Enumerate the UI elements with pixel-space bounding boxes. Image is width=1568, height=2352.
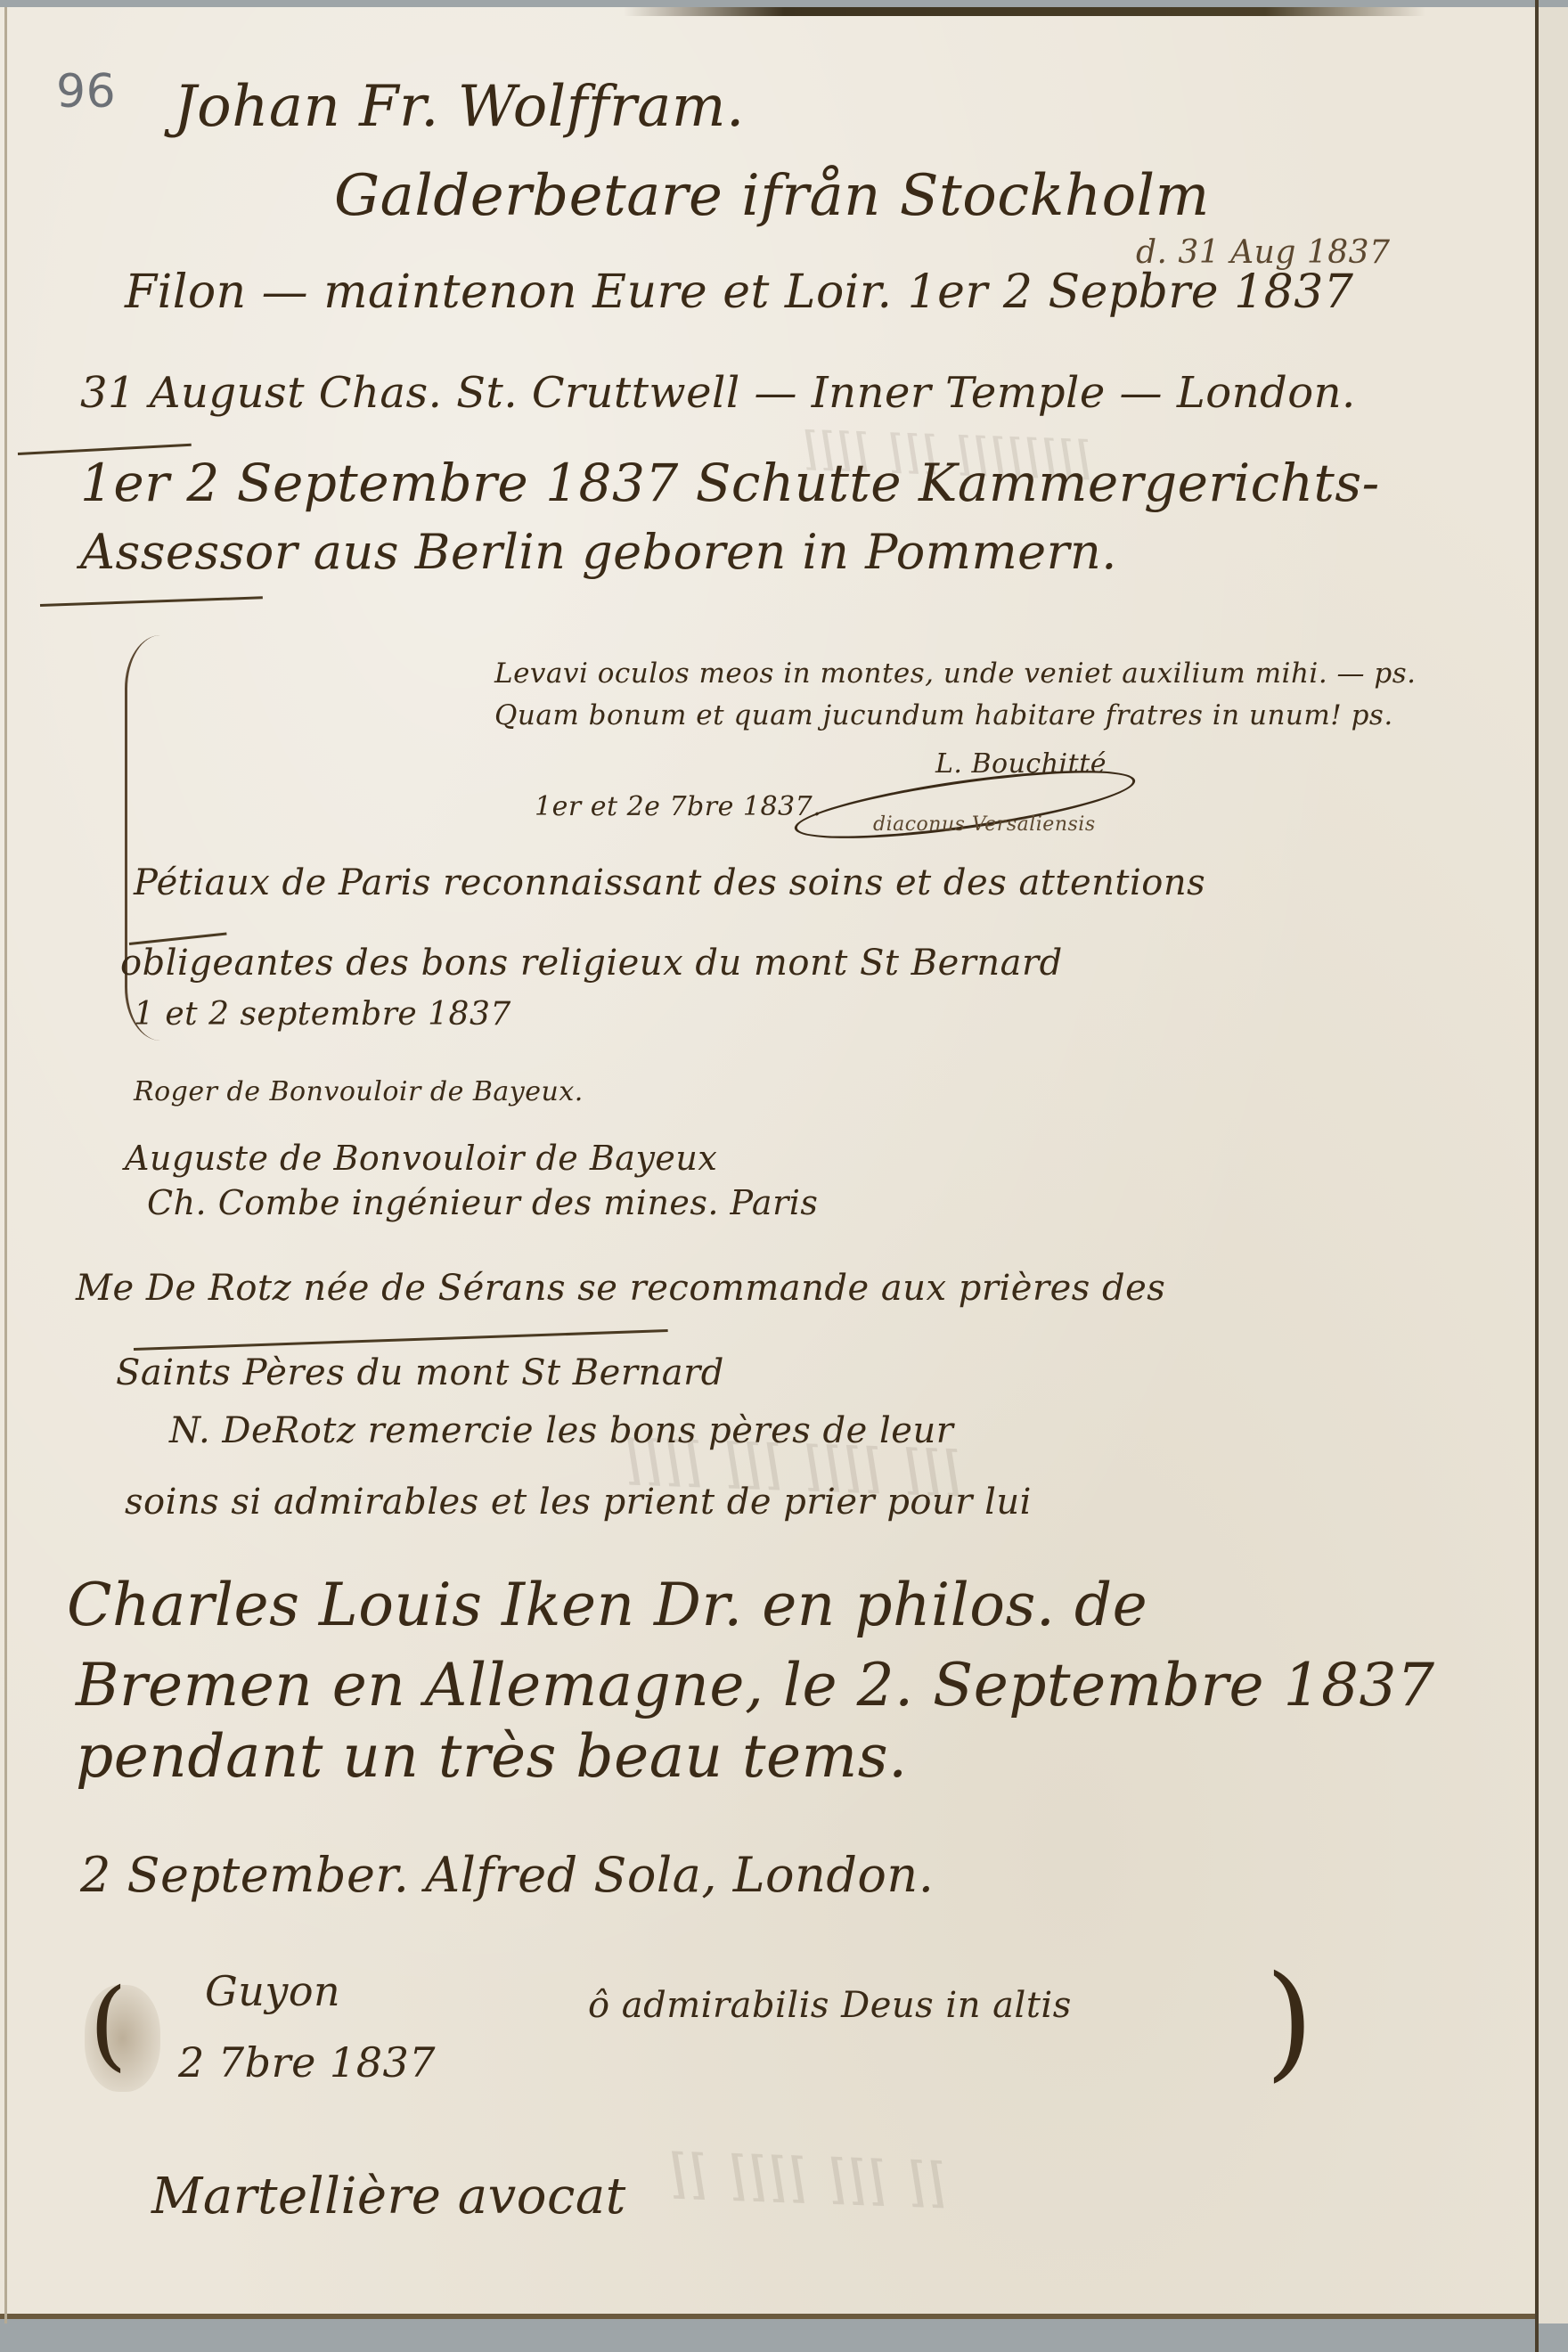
adjacent-page-edge [1539,7,1568,2323]
close-parenthesis: ) [1265,1949,1314,2095]
bleed-through-text: ll lll llll ll [667,2141,949,2224]
entry-line: N. DeRotz remercie les bons pères de leu… [169,1410,953,1451]
signature-title: diaconus Versaliensis [873,813,1096,836]
entry-line: Filon — maintenon Eure et Loir. 1er 2 Se… [125,265,1353,319]
entry-line: ô admirabilis Deus in altis [588,1985,1072,2026]
entry-line: Martellière avocat [151,2168,626,2225]
entry-line: Levavi oculos meos in montes, unde venie… [494,657,1417,690]
entry-line: Pétiaux de Paris reconnaissant des soins… [134,862,1205,903]
entry-line: Roger de Bonvouloir de Bayeux. [134,1076,584,1107]
manuscript-page: llllllll lll llll lll llll lll llll ll l… [0,7,1535,2319]
entry-line: 31 August Chas. St. Cruttwell — Inner Te… [80,368,1356,418]
entry-line: Johan Fr. Wolffram. [174,74,745,140]
entry-line: pendant un très beau tems. [76,1722,908,1791]
entry-line: Bremen en Allemagne, le 2. Septembre 183… [76,1651,1435,1719]
entry-line: Me De Rotz née de Sérans se recommande a… [76,1268,1165,1309]
entry-line: 2 September. Alfred Sola, London. [80,1847,934,1903]
entry-date: 1 et 2 septembre 1837 [134,996,511,1033]
entry-line: Galderbetare ifrån Stockholm [334,163,1210,229]
entry-line: Charles Louis Iken Dr. en philos. de [67,1571,1147,1639]
entry-date: 1er et 2e 7bre 1837. [535,791,821,822]
entry-line: 1er 2 Septembre 1837 Schutte Kammergeric… [80,453,1380,513]
page-number: 96 [56,65,116,118]
left-margin-edge [4,7,7,2323]
entry-line: Saints Pères du mont St Bernard [116,1352,724,1393]
underline-stroke [134,1329,668,1351]
entry-line: Assessor aus Berlin geboren in Pommern. [80,524,1117,580]
entry-line: Ch. Combe ingénieur des mines. Paris [147,1183,818,1222]
entry-line: obligeantes des bons religieux du mont S… [120,943,1063,984]
top-edge-stain [624,7,1425,16]
entry-line: Quam bonum et quam jucundum habitare fra… [494,699,1393,731]
entry-date: 2 7bre 1837 [178,2038,436,2087]
open-parenthesis: ( [89,1967,127,2081]
entry-line: Auguste de Bonvouloir de Bayeux [125,1139,717,1178]
entry-line: soins si admirables et les prient de pri… [125,1482,1032,1523]
separator-stroke [40,596,263,607]
signature: Guyon [205,1967,340,2015]
